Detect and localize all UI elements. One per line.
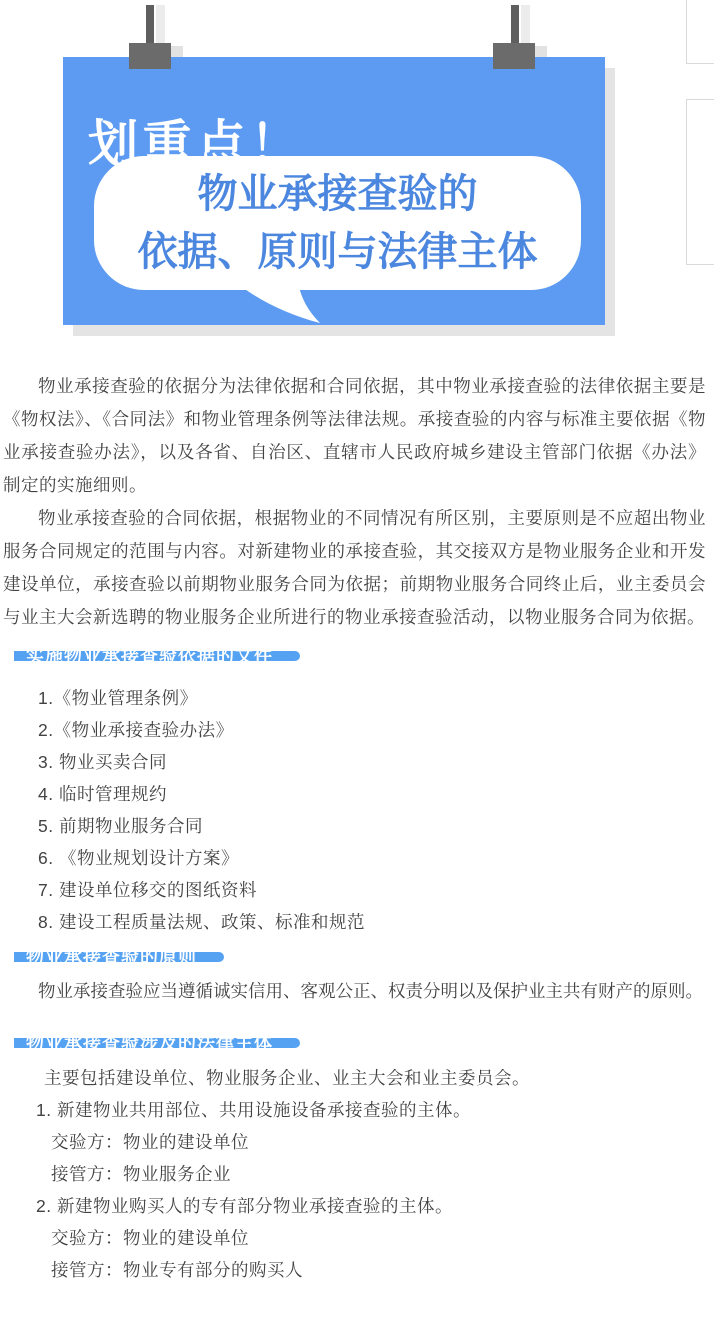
paragraph-contract-basis: 物业承接查验的合同依据，根据物业的不同情况有所区别，主要原则是不应超出物业服务合… bbox=[3, 502, 706, 634]
banner-sign: 划重点！ 物业承接查验的 依据、原则与法律主体 bbox=[0, 0, 714, 350]
list-item: 7. 建设单位移交的图纸资料 bbox=[3, 874, 706, 906]
speech-bubble-tail-icon bbox=[240, 287, 346, 325]
hanger-rod-left-icon bbox=[146, 5, 154, 48]
section-title-documents: 实施物业承接查验依据的文件 bbox=[14, 651, 300, 661]
legal-item: 交验方：物业的建设单位 bbox=[3, 1222, 706, 1254]
hanger-clip-left-icon bbox=[129, 43, 171, 69]
paragraph-principles: 物业承接查验应当遵循诚实信用、客观公正、权责分明以及保护业主共有财产的原则。 bbox=[3, 975, 706, 1008]
section-title-legal-subjects: 物业承接查验涉及的法律主体 bbox=[14, 1038, 300, 1048]
list-item: 5. 前期物业服务合同 bbox=[3, 810, 706, 842]
banner-speech-bubble: 物业承接查验的 依据、原则与法律主体 bbox=[94, 156, 581, 290]
legal-item: 接管方：物业服务企业 bbox=[3, 1158, 706, 1190]
banner-title-line1: 物业承接查验的 bbox=[198, 174, 478, 214]
documents-list: 1.《物业管理条例》 2.《物业承接查验办法》 3. 物业买卖合同 4. 临时管… bbox=[3, 682, 706, 938]
hanger-rod-right-icon bbox=[511, 5, 519, 48]
section-title-principles: 物业承接查验的原则 bbox=[14, 952, 224, 962]
legal-intro: 主要包括建设单位、物业服务企业、业主大会和业主委员会。 bbox=[3, 1062, 706, 1094]
hanger-clip-right-icon bbox=[493, 43, 535, 69]
article-body: 物业承接查验的依据分为法律依据和合同依据，其中物业承接查验的法律依据主要是《物权… bbox=[0, 370, 714, 1292]
list-item: 4. 临时管理规约 bbox=[3, 778, 706, 810]
banner-title-line2: 依据、原则与法律主体 bbox=[138, 232, 538, 272]
legal-item: 2. 新建物业购买人的专有部分物业承接查验的主体。 bbox=[3, 1190, 706, 1222]
hanger-clip-shadow-left bbox=[171, 46, 183, 57]
list-item: 3. 物业买卖合同 bbox=[3, 746, 706, 778]
list-item: 6. 《物业规划设计方案》 bbox=[3, 842, 706, 874]
legal-item: 交验方：物业的建设单位 bbox=[3, 1126, 706, 1158]
legal-item: 1. 新建物业共用部位、共用设施设备承接查验的主体。 bbox=[3, 1094, 706, 1126]
legal-subjects-block: 主要包括建设单位、物业服务企业、业主大会和业主委员会。 1. 新建物业共用部位、… bbox=[3, 1062, 706, 1286]
hanger-clip-shadow-right bbox=[535, 46, 547, 57]
paragraph-legal-basis: 物业承接查验的依据分为法律依据和合同依据，其中物业承接查验的法律依据主要是《物权… bbox=[3, 370, 706, 502]
article-page: 划重点！ 物业承接查验的 依据、原则与法律主体 物业承接查验的依据分为法律依据和… bbox=[0, 0, 714, 1329]
list-item: 1.《物业管理条例》 bbox=[3, 682, 706, 714]
list-item: 8. 建设工程质量法规、政策、标准和规范 bbox=[3, 906, 706, 938]
list-item: 2.《物业承接查验办法》 bbox=[3, 714, 706, 746]
legal-item: 接管方：物业专有部分的购买人 bbox=[3, 1254, 706, 1286]
